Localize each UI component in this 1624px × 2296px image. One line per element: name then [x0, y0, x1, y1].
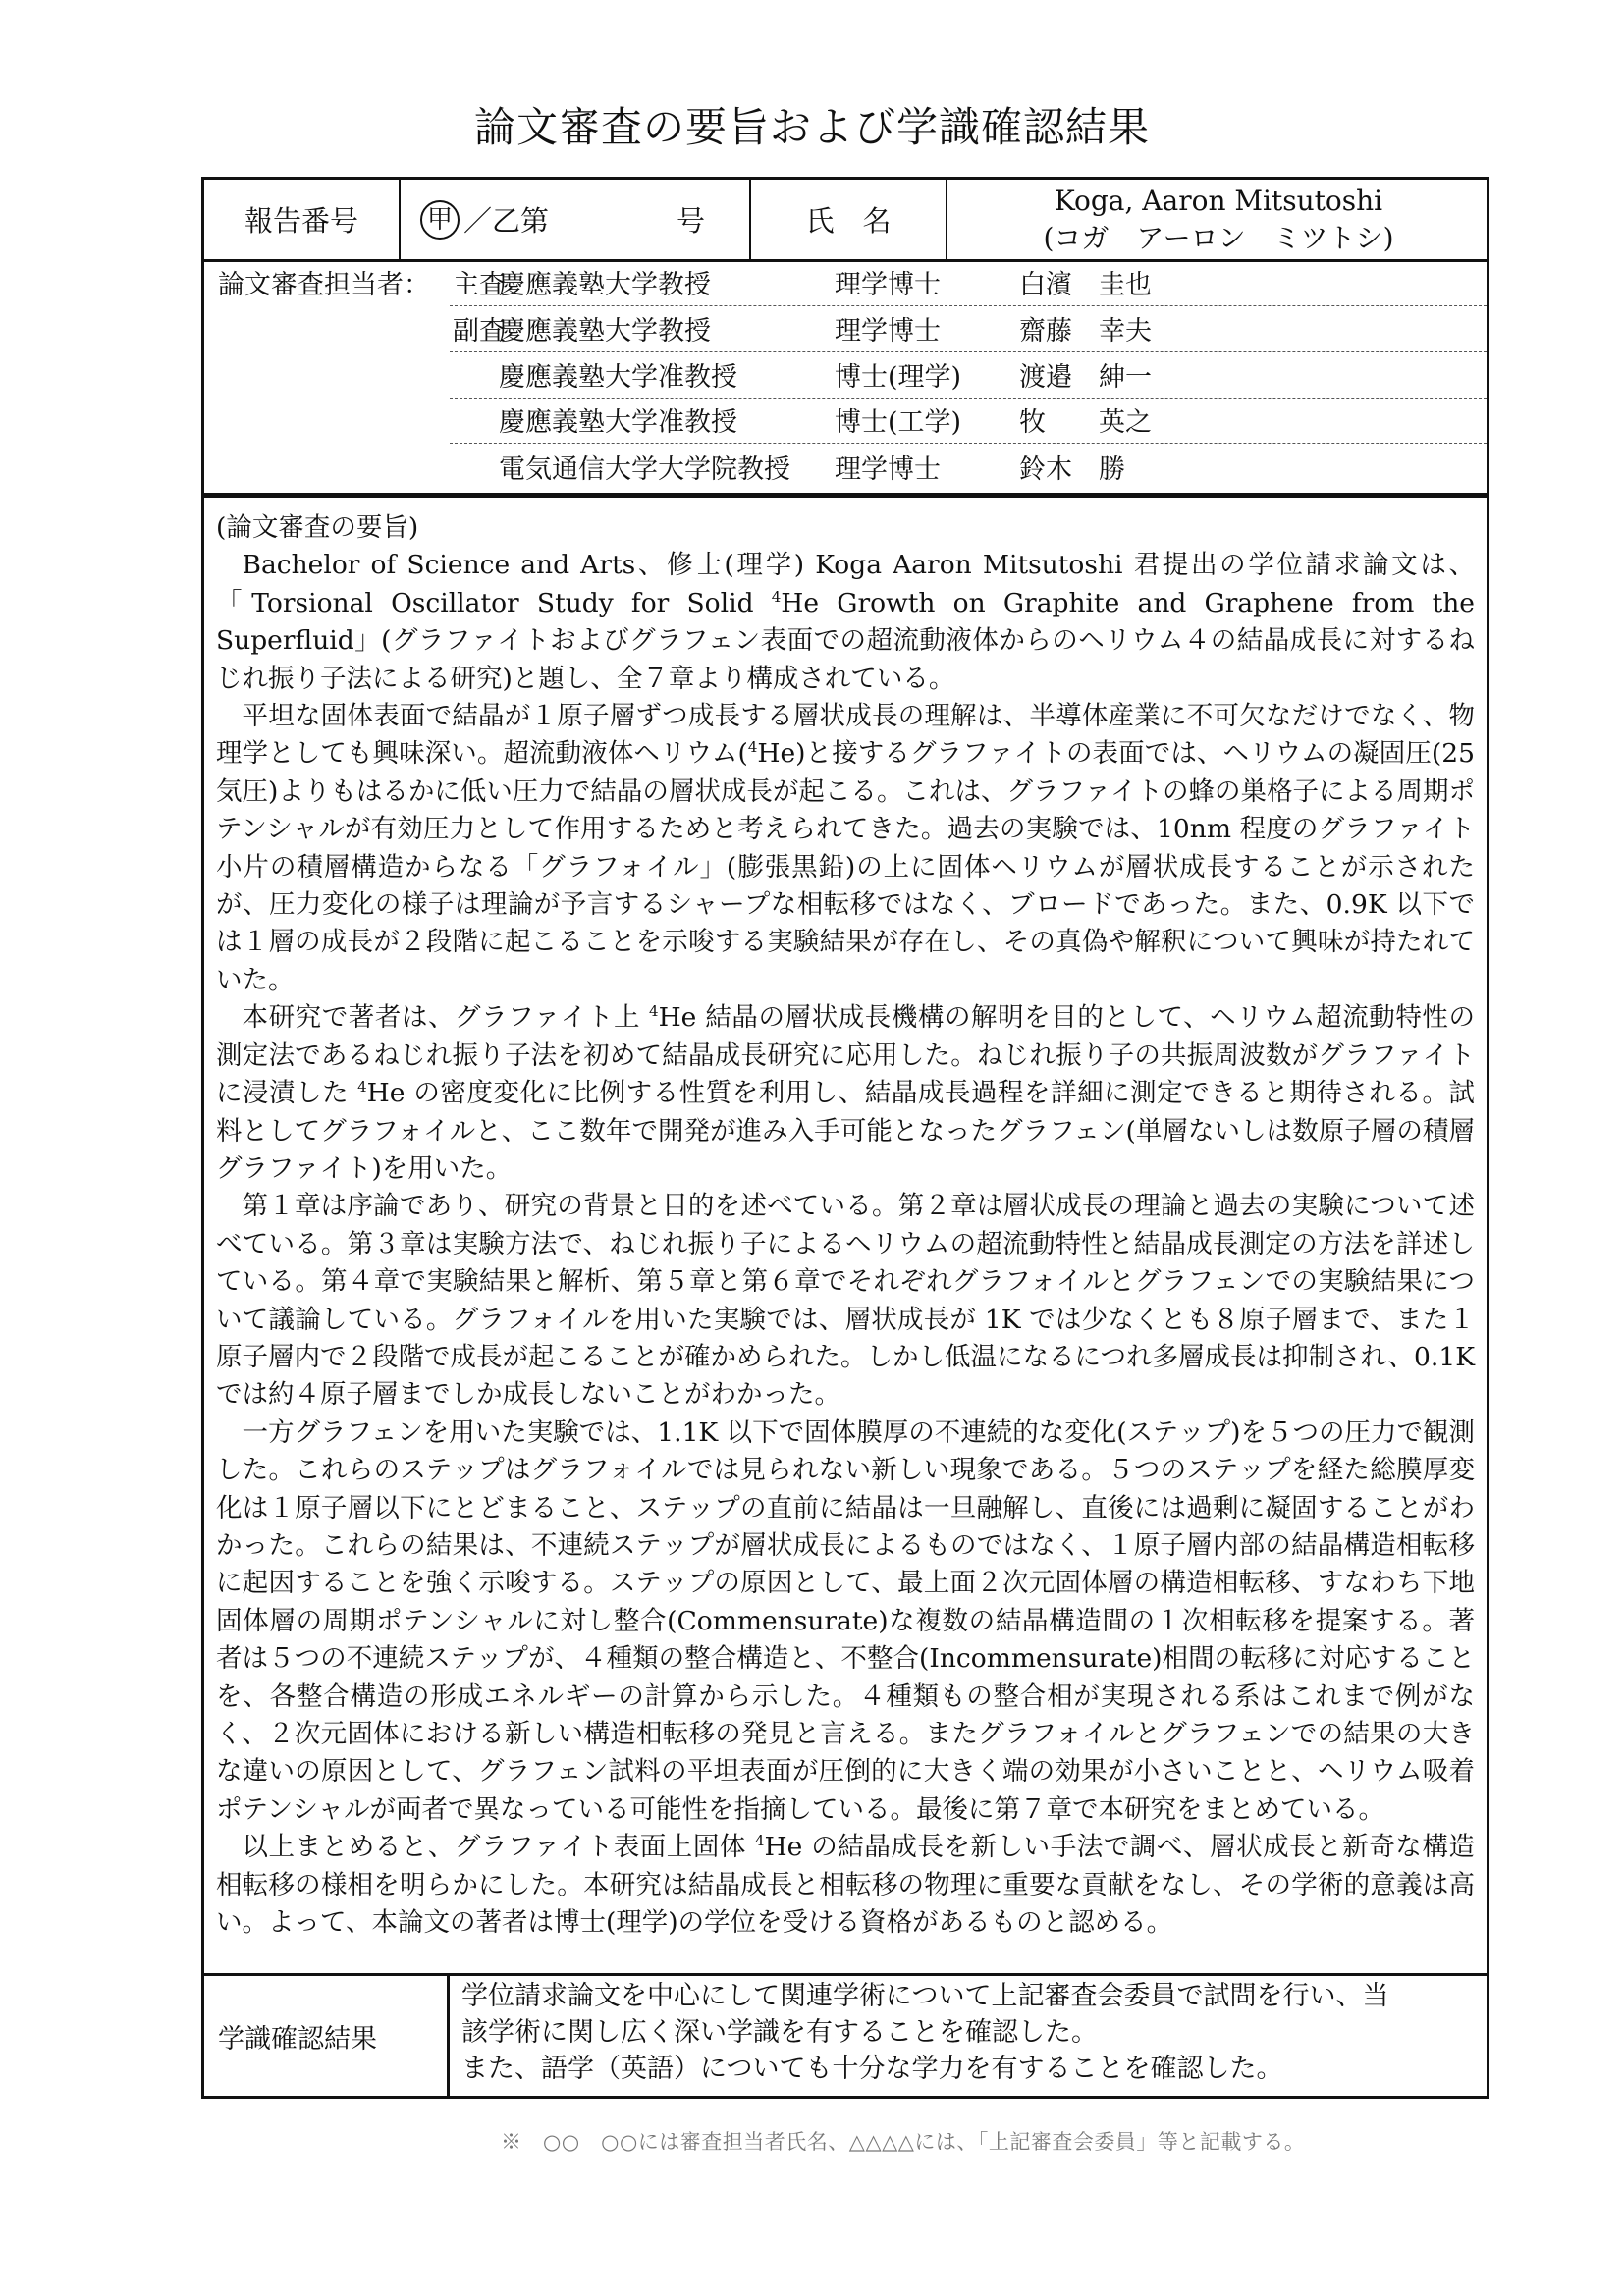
report-number-suffix: 号 [677, 199, 705, 240]
summary-paragraph: 平坦な固体表面で結晶が１原子層ずつ成長する層状成長の理解は、半導体産業に不可欠な… [216, 698, 1475, 999]
candidate-name-en: Koga, Aaron Mitsutoshi [1055, 183, 1382, 220]
header-row: 報告番号 甲 ／乙第 号 氏 名 Koga, Aaron Mitsutoshi … [204, 180, 1487, 262]
report-number-label: 報告番号 [204, 180, 401, 259]
result-line: 該学術に関し広く深い学識を有することを確認した。 [461, 2014, 1477, 2051]
knowledge-confirmation-label: 学識確認結果 [204, 1976, 450, 2096]
report-number-field: 甲 ／乙第 号 [401, 180, 751, 259]
reviewer-name: 白濱 圭也 [1019, 266, 1152, 305]
summary-paragraph: 第１章は序論であり、研究の背景と目的を述べている。第２章は層状成長の理論と過去の… [216, 1188, 1475, 1414]
review-form: 報告番号 甲 ／乙第 号 氏 名 Koga, Aaron Mitsutoshi … [201, 177, 1489, 2099]
candidate-name-kana: (コガ アーロン ミツトシ) [1043, 220, 1393, 257]
reviewer-name: 鈴木 勝 [1019, 451, 1125, 490]
reviewer-degree: 博士(工学) [835, 403, 961, 443]
reviewer-affiliation: 慶應義塾大学教授 [499, 266, 711, 305]
reviewer-name: 牧 英之 [1019, 403, 1152, 443]
reviewer-row: 副査 慶應義塾大学教授 理学博士 齋藤 幸夫 [450, 312, 1487, 352]
summary-paragraph: Bachelor of Science and Arts、修士(理学) Koga… [216, 547, 1475, 698]
reviewers-label: 論文審査担当者： [218, 266, 430, 305]
page-title: 論文審査の要旨および学識確認結果 [0, 98, 1624, 157]
summary-heading: (論文審査の要旨) [216, 509, 1475, 547]
reviewer-row: 主査 慶應義塾大学教授 理学博士 白濱 圭也 [450, 266, 1487, 306]
reviewer-degree: 理学博士 [835, 312, 941, 351]
reviewers-section: 論文審査担当者： 主査 慶應義塾大学教授 理学博士 白濱 圭也 副査 慶應義塾大… [204, 262, 1487, 498]
reviewer-degree: 理学博士 [835, 266, 941, 305]
summary-text: 以上まとめると、グラファイト表面上固体 [243, 1832, 755, 1862]
superscript-4: 4 [649, 1002, 659, 1020]
summary-text: He の密度変化に比例する性質を利用し、結晶成長過程を詳細に測定できると期待され… [216, 1078, 1475, 1184]
knowledge-confirmation-row: 学識確認結果 学位請求論文を中心にして関連学術について上記審査会委員で試問を行い… [204, 1976, 1487, 2096]
superscript-4: 4 [357, 1078, 367, 1095]
summary-text: He)と接するグラファイトの表面では、ヘリウムの凝固圧(25 気圧)よりもはるか… [216, 738, 1475, 994]
reviewer-role: 主査 [453, 266, 506, 305]
circled-kou-mark: 甲 [420, 200, 460, 240]
reviewer-name: 渡邉 紳一 [1019, 358, 1152, 398]
candidate-name: Koga, Aaron Mitsutoshi (コガ アーロン ミツトシ) [947, 180, 1489, 259]
summary-paragraph: 一方グラフェンを用いた実験では、1.1K 以下で固体膜厚の不連続的な変化(ステッ… [216, 1415, 1475, 1829]
report-type-text: ／乙第 [463, 199, 549, 240]
superscript-4: 4 [748, 739, 758, 757]
reviewer-row: 電気通信大学大学院教授 理学博士 鈴木 勝 [450, 451, 1487, 490]
footnote: ※ ○○ ○○には審査担当者氏名、△△△△には、「上記審査会委員」等と記載する。 [501, 2126, 1305, 2156]
reviewer-affiliation: 慶應義塾大学教授 [499, 312, 711, 351]
summary-paragraph: 以上まとめると、グラファイト表面上固体 4He の結晶成長を新しい手法で調べ、層… [216, 1829, 1475, 1942]
reviewer-degree: 博士(理学) [835, 358, 961, 398]
reviewer-degree: 理学博士 [835, 451, 941, 490]
reviewer-row: 慶應義塾大学准教授 博士(理学) 渡邉 紳一 [450, 358, 1487, 399]
review-summary: (論文審査の要旨) Bachelor of Science and Arts、修… [204, 498, 1487, 1976]
reviewer-affiliation: 慶應義塾大学准教授 [499, 358, 737, 398]
result-line: 学位請求論文を中心にして関連学術について上記審査会委員で試問を行い、当 [461, 1978, 1477, 2014]
summary-paragraph: 本研究で著者は、グラファイト上 4He 結晶の層状成長機構の解明を目的として、ヘ… [216, 999, 1475, 1188]
reviewer-name: 齋藤 幸夫 [1019, 312, 1152, 351]
reviewer-row: 慶應義塾大学准教授 博士(工学) 牧 英之 [450, 403, 1487, 444]
reviewer-role: 副査 [453, 312, 506, 351]
result-line: また、語学（英語）についても十分な学力を有することを確認した。 [461, 2051, 1477, 2087]
superscript-4: 4 [772, 588, 782, 606]
summary-text: 本研究で著者は、グラファイト上 [243, 1002, 650, 1033]
name-label: 氏 名 [751, 180, 947, 259]
reviewer-affiliation: 電気通信大学大学院教授 [499, 451, 790, 490]
reviewer-affiliation: 慶應義塾大学准教授 [499, 403, 737, 443]
knowledge-confirmation-text: 学位請求論文を中心にして関連学術について上記審査会委員で試問を行い、当 該学術に… [461, 1978, 1477, 2087]
